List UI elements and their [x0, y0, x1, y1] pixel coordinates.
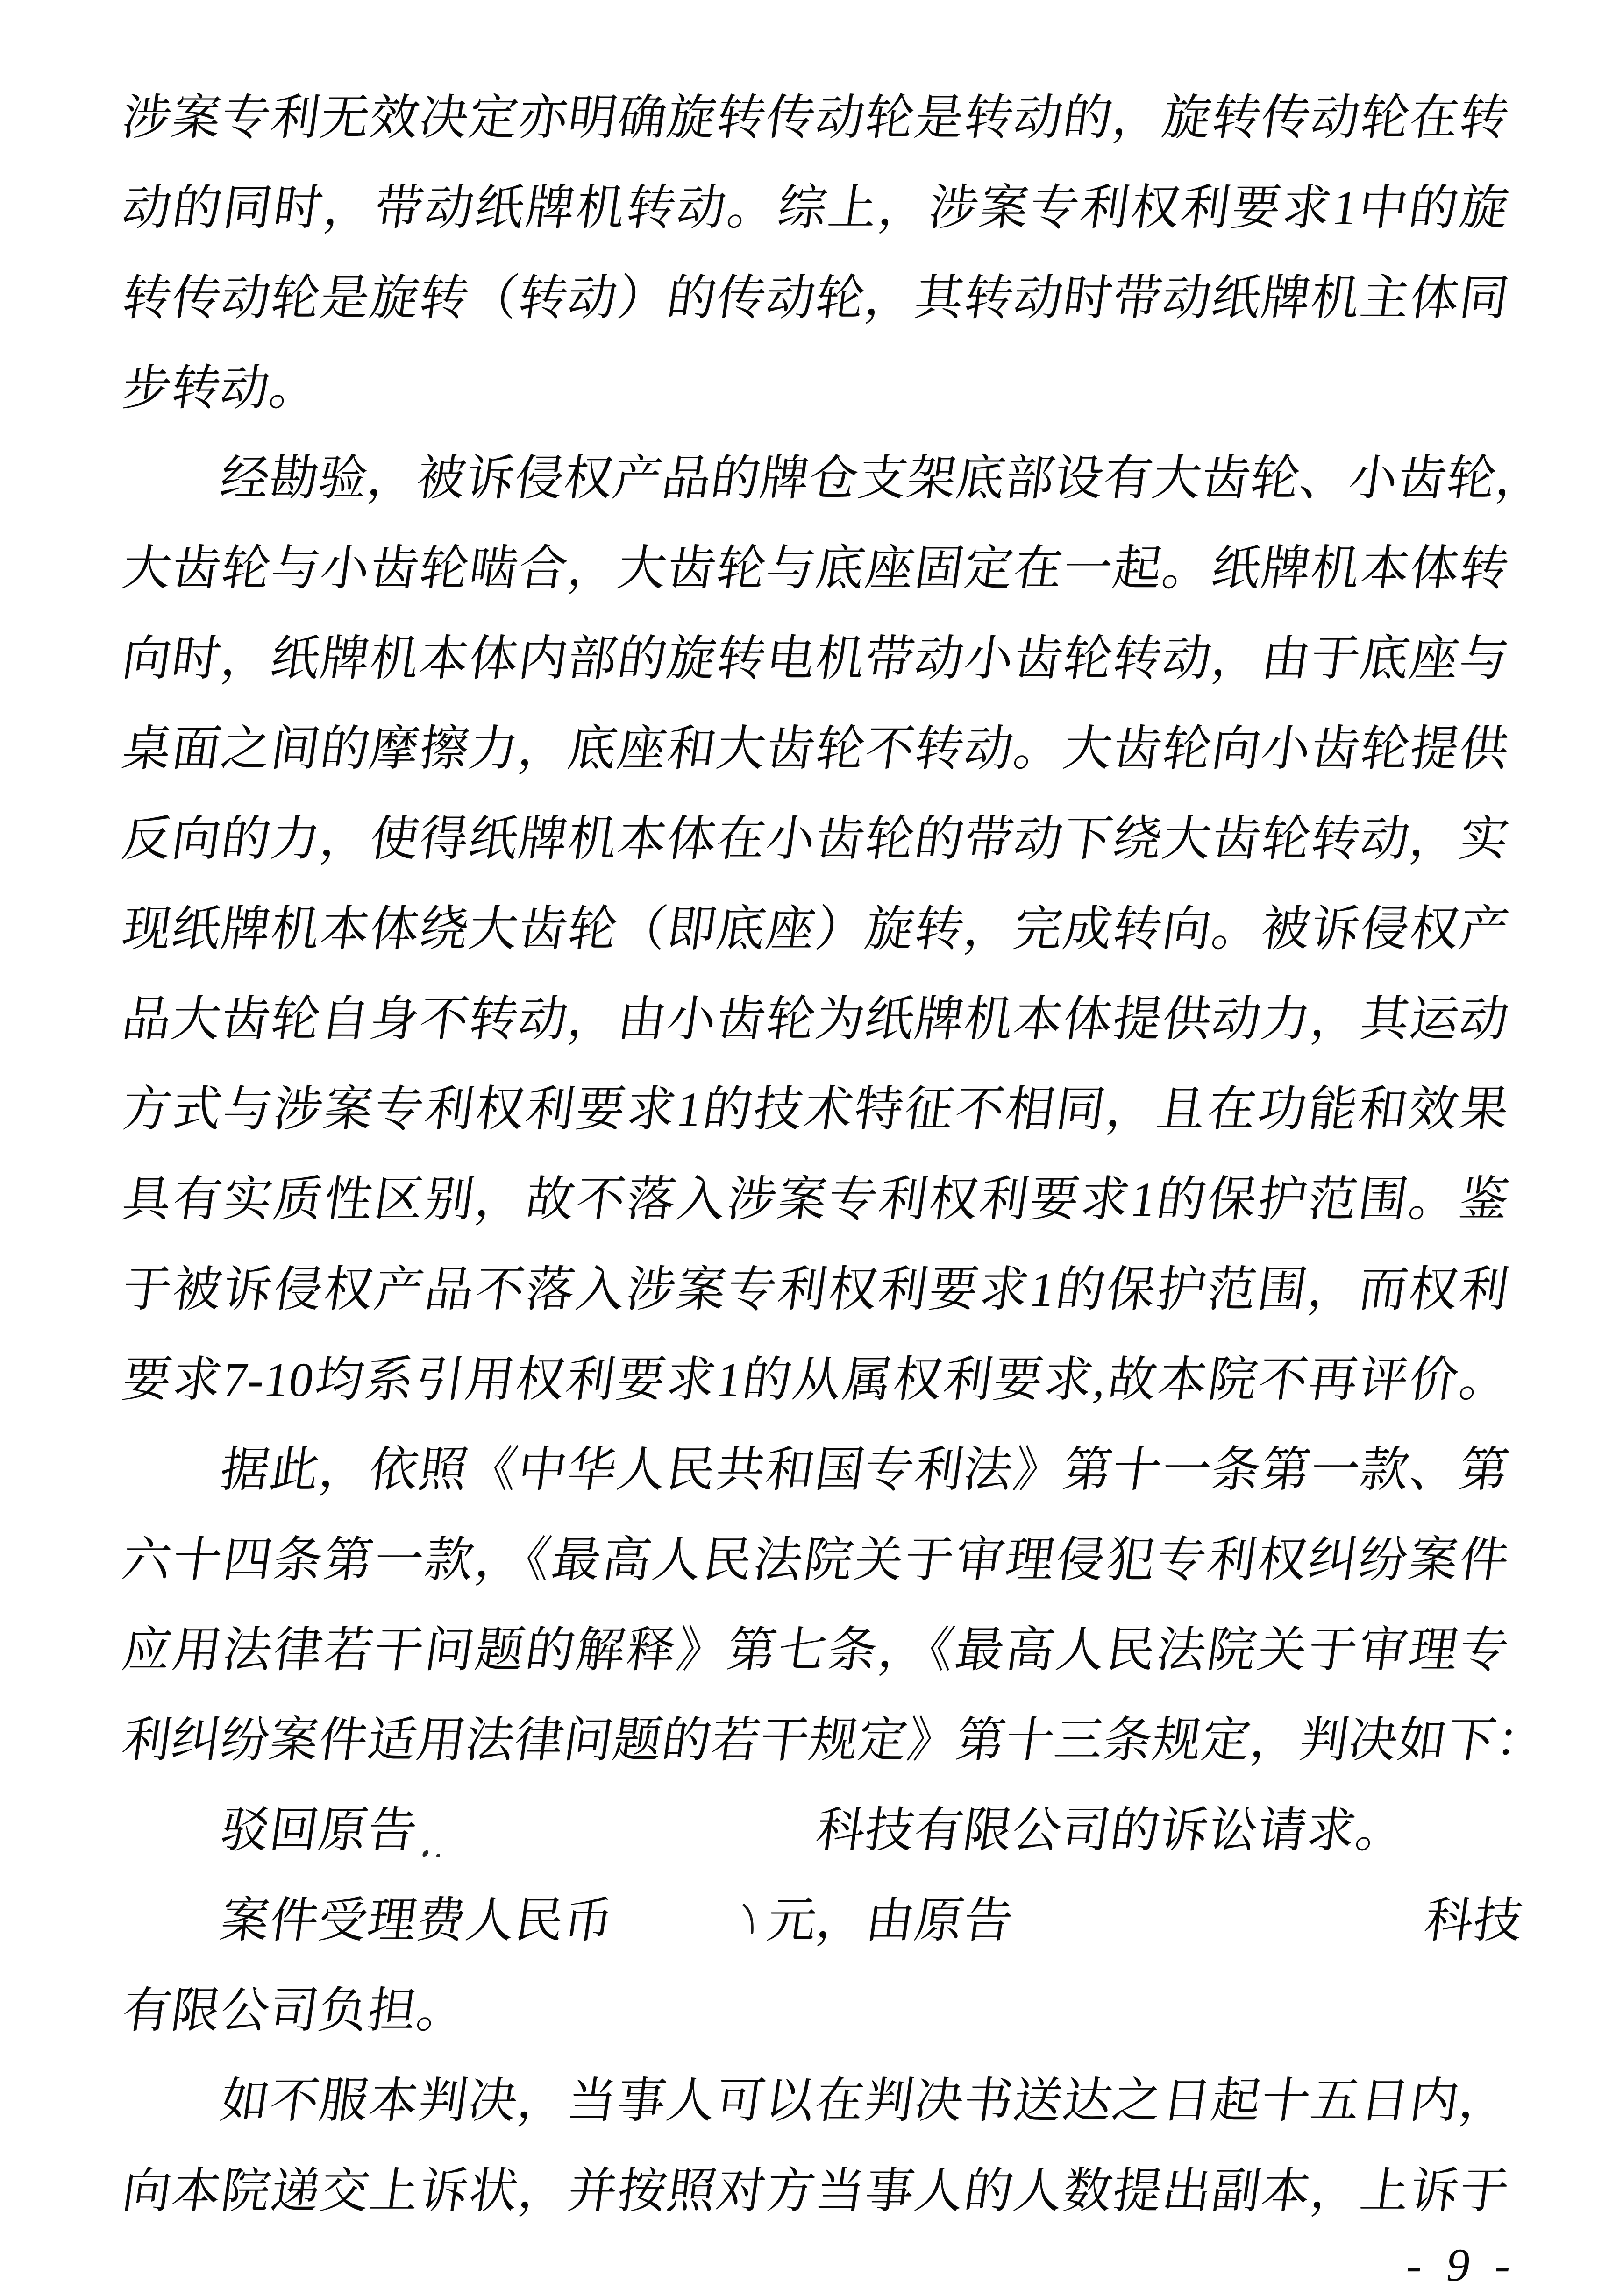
- ruling-suffix: 科技有限公司的诉讼请求。: [810, 1786, 1411, 1876]
- fee-middle: 元，由原告: [762, 1876, 1019, 1966]
- body-line-judgment-intro-end: 利纠纷案件适用法律问题的若干规定》第十三条规定，判决如下：: [116, 1695, 1515, 1786]
- body-line: 方式与涉案专利权利要求1的技术特征不相同，且在功能和效果: [116, 1064, 1515, 1155]
- body-line-paragraph-start: 据此，依照《中华人民共和国专利法》第十一条第一款、第: [116, 1425, 1515, 1515]
- judgment-page: 涉案专利无效决定亦明确旋转传动轮是转动的，旋转传动轮在转 动的同时，带动纸牌机转…: [0, 0, 1623, 2296]
- fee-suffix: 科技: [1418, 1876, 1529, 1966]
- body-line: 大齿轮与小齿轮啮合，大齿轮与底座固定在一起。纸牌机本体转: [116, 524, 1515, 614]
- body-line: 品大齿轮自身不转动，由小齿轮为纸牌机本体提供动力，其运动: [116, 974, 1515, 1064]
- fee-prefix: 案件受理费人民币: [214, 1876, 619, 1966]
- body-line-paragraph-end: 步转动。: [116, 343, 1515, 433]
- body-line: 涉案专利无效决定亦明确旋转传动轮是转动的，旋转传动轮在转: [116, 73, 1515, 163]
- redaction-speck: [421, 1849, 429, 1857]
- body-line: 向时，纸牌机本体内部的旋转电机带动小齿轮转动，由于底座与: [116, 614, 1515, 704]
- body-line-court-fee: 案件受理费人民币 元，由原告 科技: [116, 1876, 1515, 1966]
- body-line-paragraph-start: 经勘验，被诉侵权产品的牌仓支架底部设有大齿轮、小齿轮，: [116, 433, 1515, 524]
- ruling-prefix: 驳回原告: [214, 1786, 423, 1876]
- body-line: 现纸牌机本体绕大齿轮（即底座）旋转，完成转向。被诉侵权产: [116, 884, 1515, 974]
- body-line-paragraph-start: 如不服本判决，当事人可以在判决书送达之日起十五日内，: [116, 2056, 1515, 2146]
- judgment-body: 涉案专利无效决定亦明确旋转传动轮是转动的，旋转传动轮在转 动的同时，带动纸牌机转…: [119, 73, 1505, 2236]
- body-line: 转传动轮是旋转（转动）的传动轮，其转动时带动纸牌机主体同: [116, 253, 1515, 343]
- body-line: 具有实质性区别，故不落入涉案专利权利要求1的保护范围。鉴: [116, 1155, 1515, 1245]
- body-line-paragraph-end: 要求7-10均系引用权利要求1的从属权利要求,故本院不再评价。: [116, 1335, 1515, 1425]
- body-line: 于被诉侵权产品不落入涉案专利权利要求1的保护范围，而权利: [116, 1245, 1515, 1335]
- body-line: 应用法律若干问题的解释》第七条，《最高人民法院关于审理专: [116, 1605, 1515, 1695]
- body-line: 六十四条第一款，《最高人民法院关于审理侵犯专利权纠纷案件: [116, 1515, 1515, 1605]
- body-line: 反向的力，使得纸牌机本体在小齿轮的带动下绕大齿轮转动，实: [116, 794, 1515, 884]
- body-line: 桌面之间的摩擦力，底座和大齿轮不转动。大齿轮向小齿轮提供: [116, 704, 1515, 794]
- body-line-ruling: 驳回原告 科技有限公司的诉讼请求。: [116, 1786, 1515, 1876]
- scan-artifact-stroke: [738, 1904, 758, 1935]
- body-line: 向本院递交上诉状，并按照对方当事人的人数提出副本，上诉于: [116, 2146, 1515, 2236]
- body-line: 动的同时，带动纸牌机转动。综上，涉案专利权利要求1中的旋: [116, 163, 1515, 253]
- redaction-speck: [436, 1854, 440, 1857]
- page-number: - 9 -: [1403, 2239, 1521, 2291]
- body-line-paragraph-end: 有限公司负担。: [116, 1966, 1515, 2056]
